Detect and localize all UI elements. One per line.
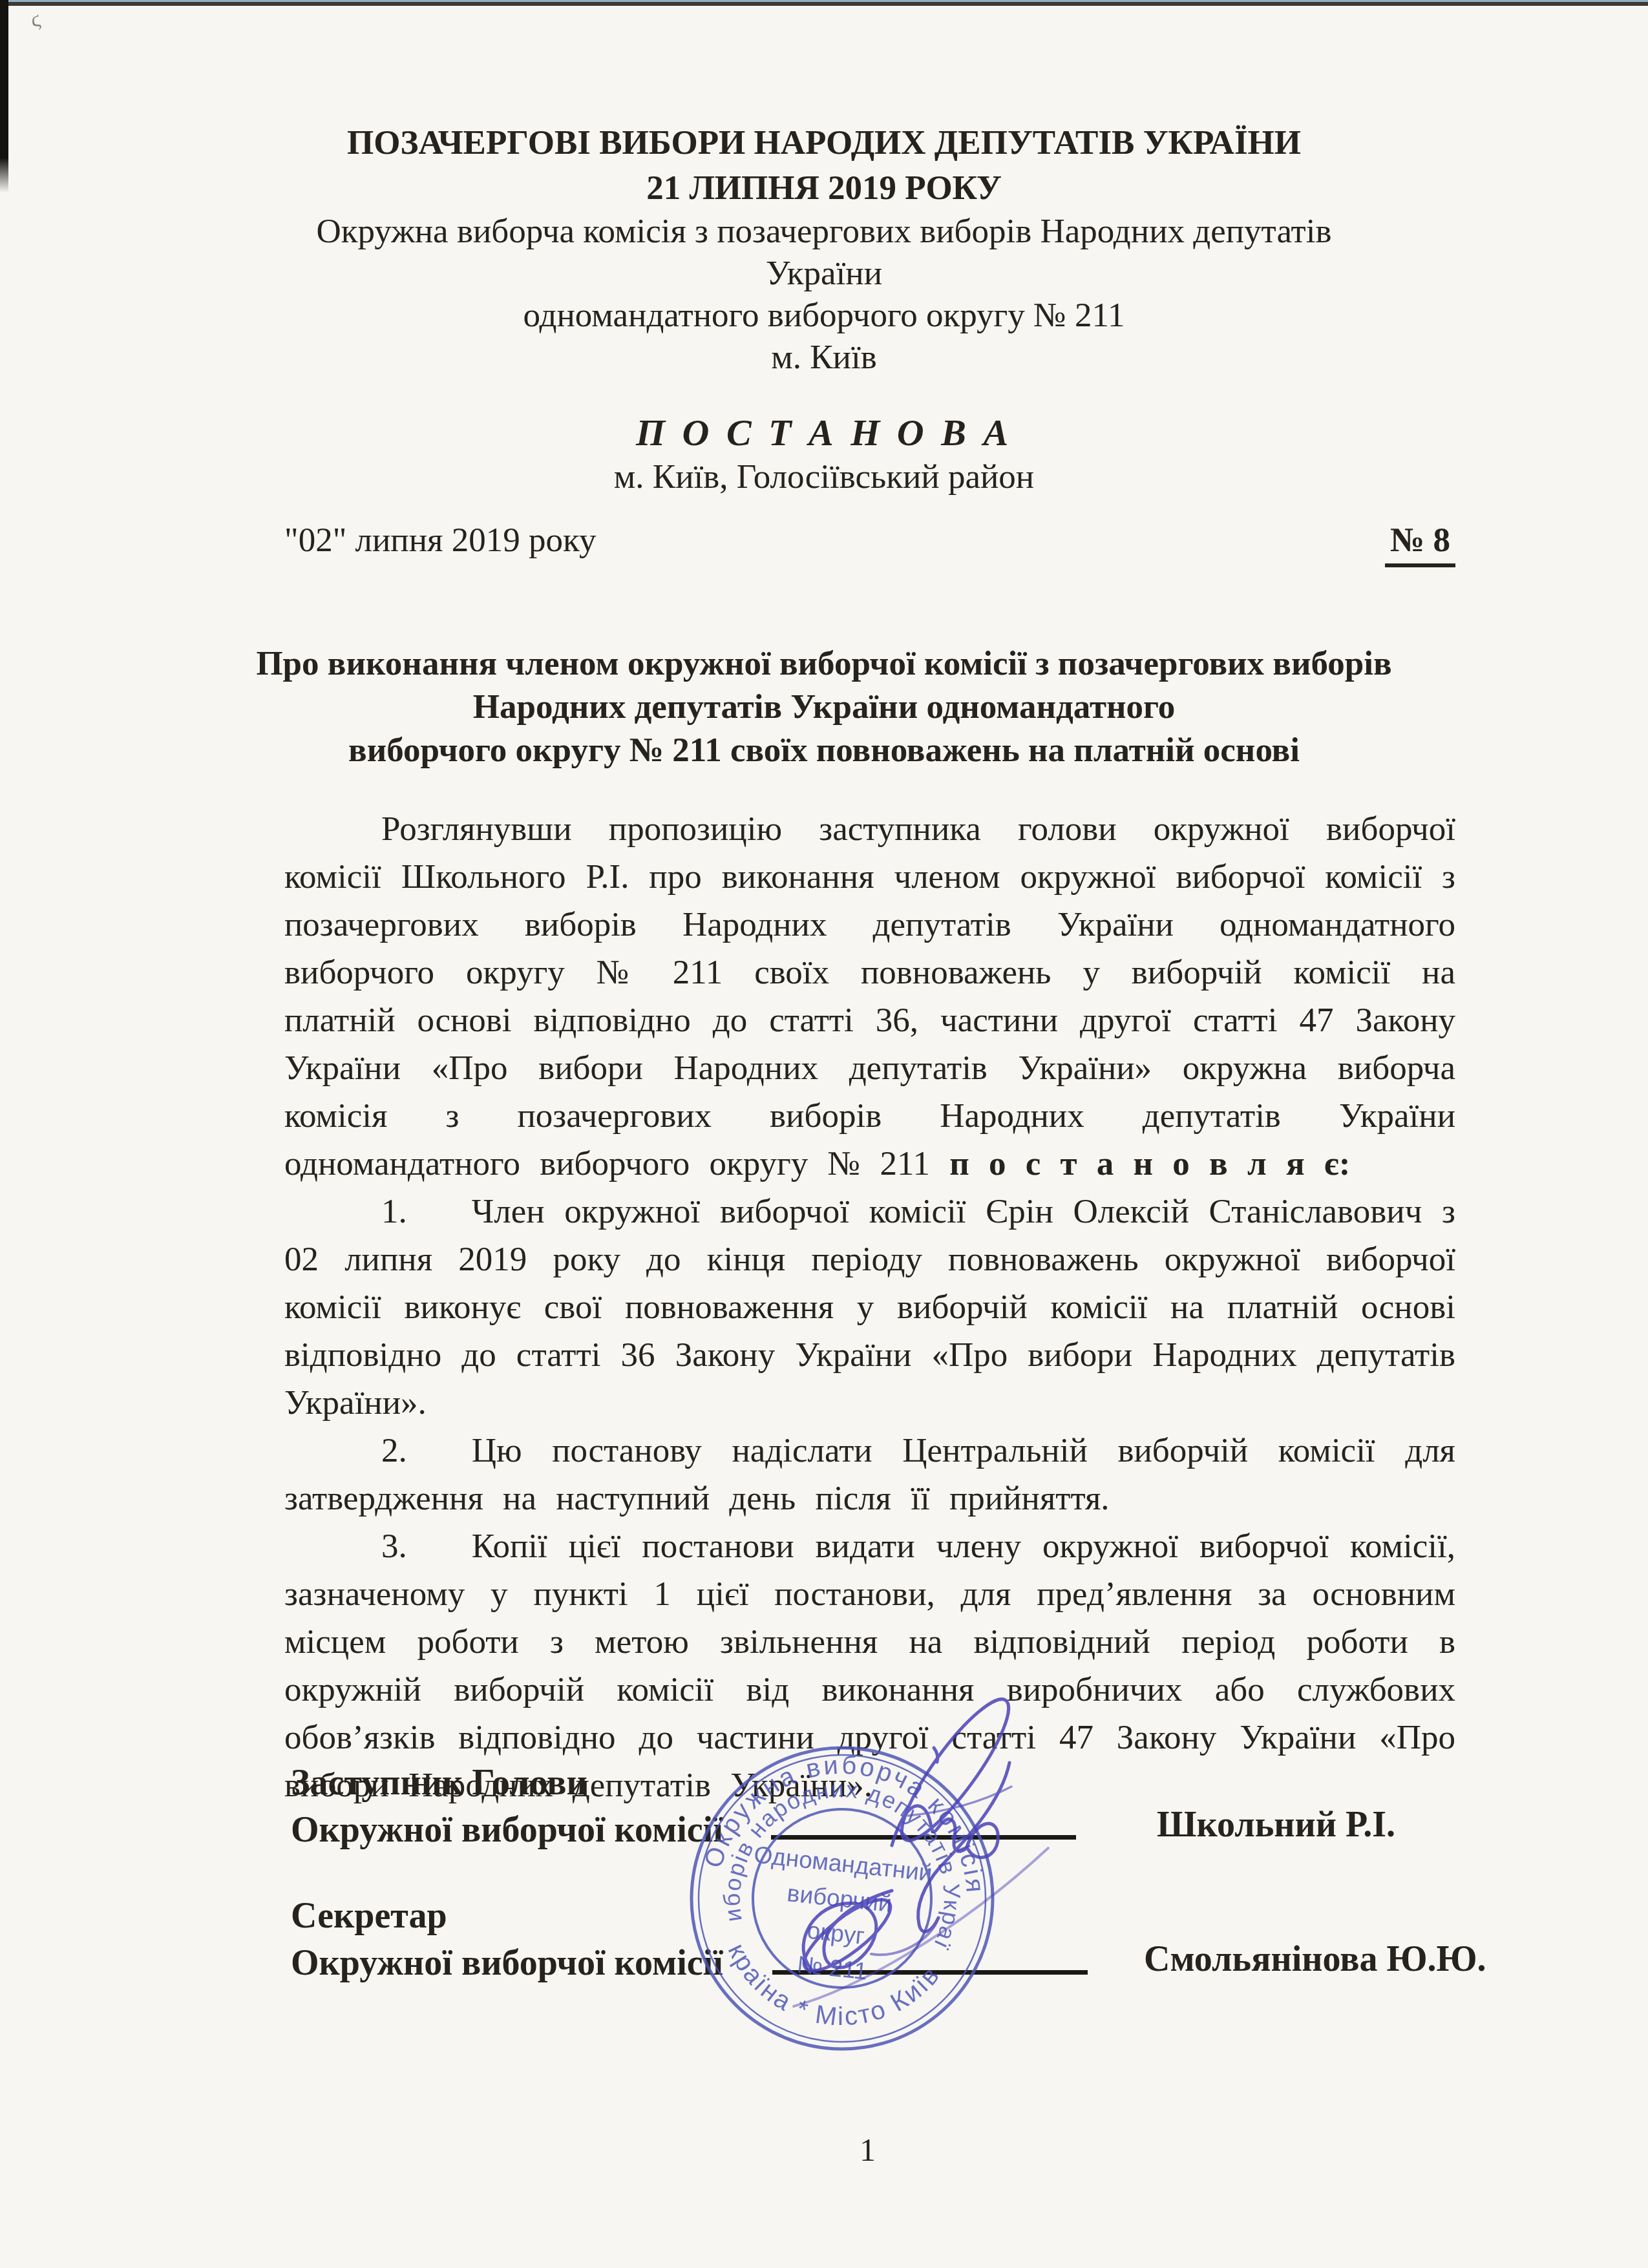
document-place: м. Київ, Голосіївський район	[0, 457, 1648, 496]
resolution-title-line2: Народних депутатів України одномандатног…	[0, 686, 1648, 729]
page-number: 1	[860, 2131, 876, 2168]
document-type-heading: П О С Т А Н О В А	[0, 411, 1648, 454]
header-election-title: ПОЗАЧЕРГОВІ ВИБОРИ НАРОДИХ ДЕПУТАТІВ УКР…	[0, 120, 1648, 165]
item-2-text: Цю постанову надіслати Центральній вибор…	[284, 1432, 1455, 1517]
header-election-date: 21 ЛИПНЯ 2019 РОКУ	[0, 165, 1648, 211]
item-1-text: Член окружної виборчої комісії Єрін Олек…	[284, 1193, 1455, 1422]
scan-edge-top	[0, 0, 1648, 6]
resolves-text: п о с т а н о в л я є:	[949, 1145, 1350, 1182]
item-1-number: 1.	[381, 1193, 407, 1230]
sig1-role-line1: Заступник Голови	[291, 1762, 587, 1803]
item-2-number: 2.	[381, 1432, 407, 1469]
sig1-role-line2: Окружної виборчої комісії	[291, 1809, 723, 1851]
header-district: одномандатного виборчого округу № 211	[0, 295, 1648, 337]
resolution-title: Про виконання членом окружної виборчої к…	[0, 642, 1648, 772]
header-city: м. Київ	[0, 337, 1648, 379]
header-commission-line2: України	[0, 253, 1648, 295]
preamble-text: Розглянувши пропозицію заступника голови…	[284, 810, 1455, 1182]
document-number: № 8	[1385, 521, 1455, 567]
pen-signatures	[679, 1641, 1144, 2055]
item-1: 1.Член окружної виборчої комісії Єрін Ол…	[284, 1188, 1455, 1427]
resolution-title-line1: Про виконання членом окружної виборчої к…	[0, 642, 1648, 686]
sig1-name: Школьний Р.І.	[1157, 1804, 1395, 1845]
pen-signature-1	[887, 1688, 1023, 1931]
pencil-mark: ϛ	[28, 7, 43, 33]
date-number-row: "02" липня 2019 року № 8	[284, 521, 1455, 567]
document-date: "02" липня 2019 року	[284, 521, 596, 560]
preamble-paragraph: Розглянувши пропозицію заступника голови…	[284, 805, 1455, 1188]
document-header: ПОЗАЧЕРГОВІ ВИБОРИ НАРОДИХ ДЕПУТАТІВ УКР…	[0, 120, 1648, 379]
item-2: 2.Цю постанову надіслати Центральній виб…	[284, 1427, 1455, 1522]
scanned-document-page: ϛ ПОЗАЧЕРГОВІ ВИБОРИ НАРОДИХ ДЕПУТАТІВ У…	[0, 0, 1648, 2268]
resolution-title-line3: виборчого округу № 211 своїх повноважень…	[0, 729, 1648, 772]
sig2-name: Смольянінова Ю.Ю.	[1144, 1938, 1486, 1980]
sig2-role-line2: Окружної виборчої комісії	[291, 1942, 723, 1984]
sig2-role-line1: Секретар	[291, 1895, 447, 1937]
item-3-number: 3.	[381, 1528, 407, 1565]
header-commission-line1: Окружна виборча комісія з позачергових в…	[0, 211, 1648, 253]
